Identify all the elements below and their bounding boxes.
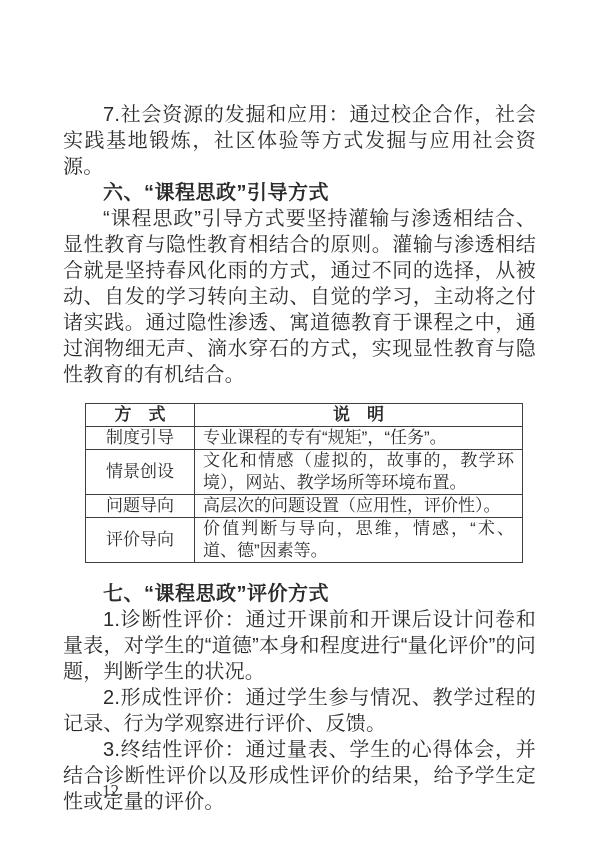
guidance-methods-table: 方 式 说 明 制度引导 专业课程的专有“规矩”，“任务”。 情景创设 文化和情…	[85, 403, 523, 563]
column-header-description: 说 明	[195, 404, 523, 427]
page-number: 12	[102, 781, 119, 801]
page-content: 7.社会资源的发掘和应用：通过校企合作，社会实践基地锻炼，社区体验等方式发掘与应…	[63, 102, 536, 815]
paragraph-summative-evaluation: 3.终结性评价：通过量表、学生的心得体会，并结合诊断性评价以及形成性评价的结果，…	[63, 737, 536, 815]
table-row: 制度引导 专业课程的专有“规矩”，“任务”。	[86, 427, 523, 450]
method-cell: 问题导向	[86, 495, 195, 518]
document-page: 7.社会资源的发掘和应用：通过校企合作，社会实践基地锻炼，社区体验等方式发掘与应…	[0, 0, 599, 848]
method-cell: 情景创设	[86, 450, 195, 495]
section-heading-6: 六、“课程思政”引导方式	[63, 180, 536, 206]
section-heading-7: 七、“课程思政”评价方式	[63, 581, 536, 607]
paragraph-social-resources: 7.社会资源的发掘和应用：通过校企合作，社会实践基地锻炼，社区体验等方式发掘与应…	[63, 102, 536, 180]
description-cell: 高层次的问题设置（应用性，评价性）。	[195, 495, 523, 518]
description-cell: 文化和情感（虚拟的，故事的，教学环境），网站、教学场所等环境布置。	[195, 450, 523, 495]
table-row: 评价导向 价值判断与导向，思维，情感，“术、道、德”因素等。	[86, 518, 523, 563]
table-row: 情景创设 文化和情感（虚拟的，故事的，教学环境），网站、教学场所等环境布置。	[86, 450, 523, 495]
method-cell: 制度引导	[86, 427, 195, 450]
description-cell: 价值判断与导向，思维，情感，“术、道、德”因素等。	[195, 518, 523, 563]
paragraph-diagnostic-evaluation: 1.诊断性评价：通过开课前和开课后设计问卷和量表，对学生的“道德”本身和程度进行…	[63, 607, 536, 685]
table-row: 问题导向 高层次的问题设置（应用性，评价性）。	[86, 495, 523, 518]
paragraph-formative-evaluation: 2.形成性评价：通过学生参与情况、教学过程的记录、行为学观察进行评价、反馈。	[63, 685, 536, 737]
method-cell: 评价导向	[86, 518, 195, 563]
column-header-method: 方 式	[86, 404, 195, 427]
paragraph-section6-body: “课程思政”引导方式要坚持灌输与渗透相结合、显性教育与隐性教育相结合的原则。灌输…	[63, 206, 536, 388]
description-cell: 专业课程的专有“规矩”，“任务”。	[195, 427, 523, 450]
table-header-row: 方 式 说 明	[86, 404, 523, 427]
